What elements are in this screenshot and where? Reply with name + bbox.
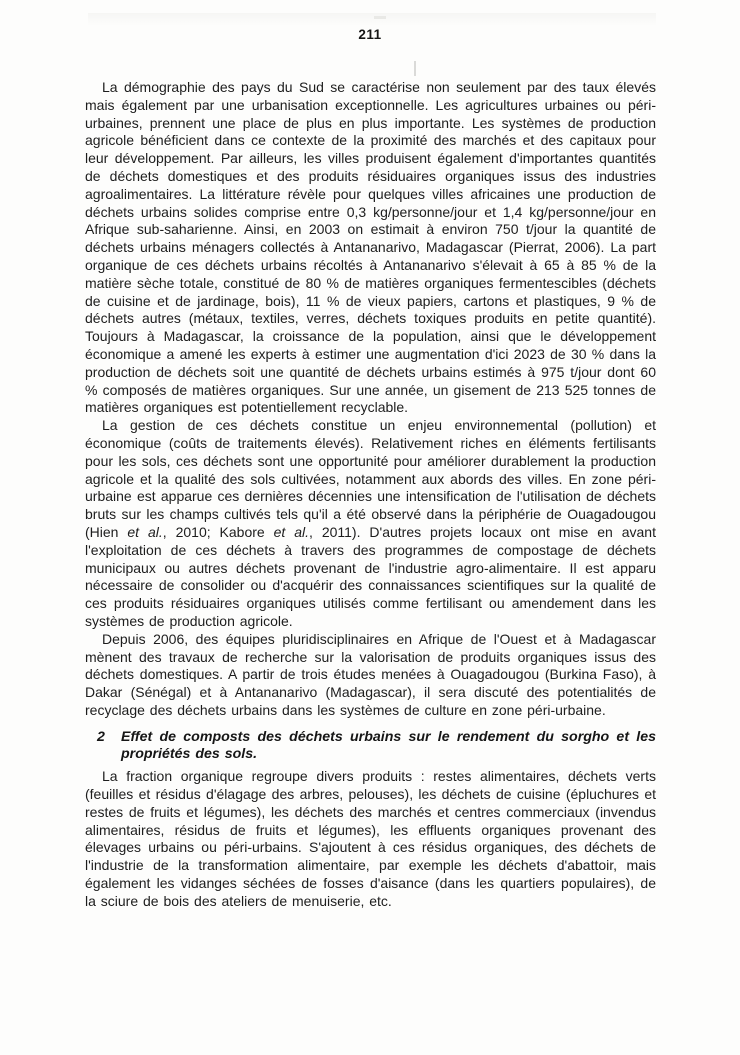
paragraph-research-programs: Depuis 2006, des équipes pluridisciplina… — [85, 631, 656, 720]
section-title: Effet de composts des déchets urbains su… — [121, 729, 656, 765]
p2-segment-1: La gestion de ces déchets constitue un e… — [85, 417, 656, 540]
p2-etal-2: et al. — [274, 524, 309, 540]
scanned-paper-page: 211 La démographie des pays du Sud se ca… — [0, 0, 740, 1055]
scan-artifact-tick — [414, 61, 416, 76]
p2-segment-2: , 2010; Kabore — [163, 524, 274, 540]
section-heading: 2 Effet de composts des déchets urbains … — [85, 729, 656, 765]
page-number: 211 — [0, 27, 740, 42]
paragraph-waste-management-stakes: La gestion de ces déchets constitue un e… — [85, 417, 656, 631]
paragraph-demography-waste-production: La démographie des pays du Sud se caract… — [85, 79, 656, 417]
section-number: 2 — [97, 729, 121, 765]
scan-artifact-speck — [374, 16, 386, 19]
text-block: La démographie des pays du Sud se caract… — [85, 79, 656, 911]
p2-etal-1: et al. — [127, 524, 162, 540]
scan-artifact-shade — [88, 13, 656, 26]
paragraph-organic-fraction: La fraction organique regroupe divers pr… — [85, 768, 656, 910]
